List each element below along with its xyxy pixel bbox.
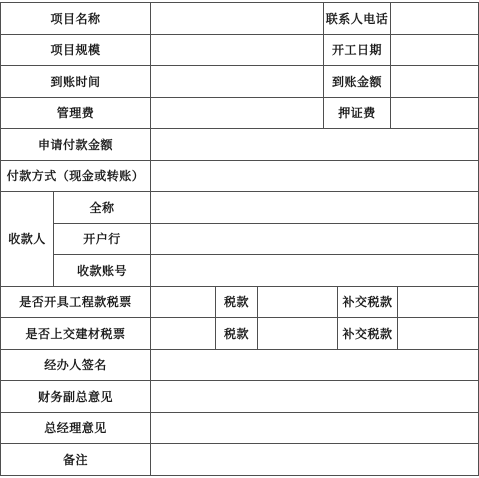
field-payment-method[interactable] [151,160,479,192]
table-row: 总经理意见 [1,412,479,444]
label-general-manager-opinion: 总经理意见 [1,412,151,444]
field-arrival-time[interactable] [151,66,324,98]
field-material-tax[interactable] [258,318,338,350]
label-project-tax-invoice: 是否开具工程款税票 [1,286,151,318]
table-row: 到账时间 到账金额 [1,66,479,98]
field-contact-phone[interactable] [391,3,479,35]
label-material-tax: 税款 [216,318,258,350]
label-deposit-fee: 押证费 [324,97,391,129]
field-project-supplementary-tax[interactable] [398,286,479,318]
table-row: 经办人签名 [1,349,479,381]
label-payment-method: 付款方式（现金或转账） [1,160,151,192]
label-arrival-time: 到账时间 [1,66,151,98]
table-row: 项目规模 开工日期 [1,34,479,66]
field-requested-payment-amount[interactable] [151,129,479,161]
label-project-supplementary-tax: 补交税款 [338,286,398,318]
label-payee-account-number: 收款账号 [54,255,151,287]
label-project-scale: 项目规模 [1,34,151,66]
label-payee-full-name: 全称 [54,192,151,224]
label-requested-payment-amount: 申请付款金额 [1,129,151,161]
field-material-tax-invoice[interactable] [151,318,216,350]
field-payee-account-number[interactable] [151,255,479,287]
field-deposit-fee[interactable] [391,97,479,129]
label-management-fee: 管理费 [1,97,151,129]
table-row: 是否开具工程款税票 税款 补交税款 [1,286,479,318]
label-handler-signature: 经办人签名 [1,349,151,381]
table-row: 项目名称 联系人电话 [1,3,479,35]
label-project-name: 项目名称 [1,3,151,35]
label-payee-bank: 开户行 [54,223,151,255]
table-row: 付款方式（现金或转账） [1,160,479,192]
label-payee-group: 收款人 [1,192,54,287]
field-start-date[interactable] [391,34,479,66]
field-general-manager-opinion[interactable] [151,412,479,444]
field-project-tax-invoice[interactable] [151,286,216,318]
label-start-date: 开工日期 [324,34,391,66]
form-page: 项目名称 联系人电话 项目规模 开工日期 到账时间 到账金额 管理费 押证费 [0,0,479,478]
payment-request-form-table: 项目名称 联系人电话 项目规模 开工日期 到账时间 到账金额 管理费 押证费 [0,2,479,476]
field-project-name[interactable] [151,3,324,35]
label-arrival-amount: 到账金额 [324,66,391,98]
table-row: 开户行 [1,223,479,255]
table-row: 备注 [1,444,479,476]
table-row: 收款账号 [1,255,479,287]
field-remarks[interactable] [151,444,479,476]
field-project-tax[interactable] [258,286,338,318]
label-remarks: 备注 [1,444,151,476]
table-row: 收款人 全称 [1,192,479,224]
table-row: 财务副总意见 [1,381,479,413]
field-management-fee[interactable] [151,97,324,129]
field-finance-deputy-opinion[interactable] [151,381,479,413]
label-material-tax-invoice: 是否上交建材税票 [1,318,151,350]
table-row: 管理费 押证费 [1,97,479,129]
field-arrival-amount[interactable] [391,66,479,98]
label-contact-phone: 联系人电话 [324,3,391,35]
field-project-scale[interactable] [151,34,324,66]
label-material-supplementary-tax: 补交税款 [338,318,398,350]
table-row: 是否上交建材税票 税款 补交税款 [1,318,479,350]
field-material-supplementary-tax[interactable] [398,318,479,350]
field-handler-signature[interactable] [151,349,479,381]
field-payee-bank[interactable] [151,223,479,255]
label-finance-deputy-opinion: 财务副总意见 [1,381,151,413]
field-payee-full-name[interactable] [151,192,479,224]
label-project-tax: 税款 [216,286,258,318]
table-row: 申请付款金额 [1,129,479,161]
